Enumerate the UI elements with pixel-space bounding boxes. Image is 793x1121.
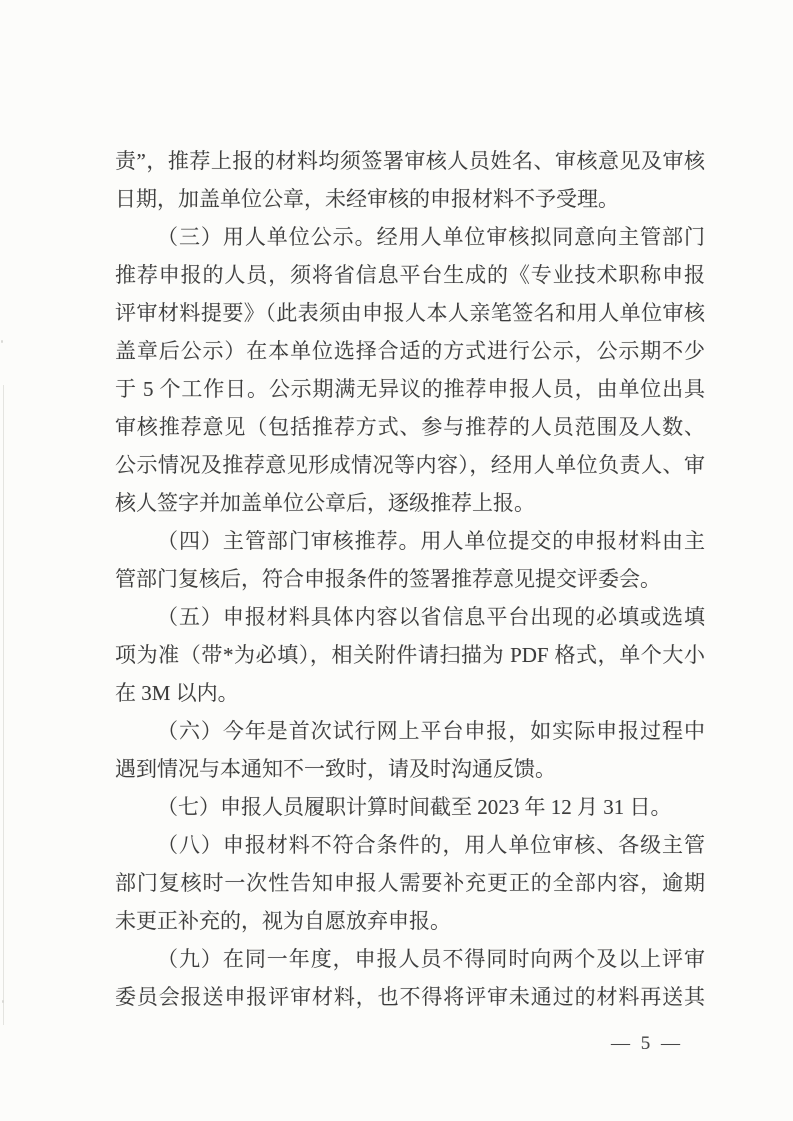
text-line: （四）主管部门审核推荐。用人单位提交的申报材料由主: [115, 522, 705, 560]
text-line: 在 3M 以内。: [115, 674, 705, 712]
text-line: 推荐申报的人员，须将省信息平台生成的《专业技术职称申报: [115, 256, 705, 294]
text-line: 委员会报送申报评审材料，也不得将评审未通过的材料再送其: [115, 978, 705, 1016]
scan-artifact-speck: [2, 1000, 4, 1003]
text-line: 于 5 个工作日。公示期满无异议的推荐申报人员，由单位出具: [115, 370, 705, 408]
text-line: （六）今年是首次试行网上平台申报，如实际申报过程中: [115, 712, 705, 750]
scan-artifact-speck: [1, 340, 3, 343]
text-line: 部门复核时一次性告知申报人需要补充更正的全部内容，逾期: [115, 864, 705, 902]
text-line: 责”，推荐上报的材料均须签署审核人员姓名、审核意见及审核: [115, 142, 705, 180]
text-line: （三）用人单位公示。经用人单位审核拟同意向主管部门: [115, 218, 705, 256]
text-line: 管部门复核后，符合申报条件的签署推荐意见提交评委会。: [115, 560, 705, 598]
document-body-text: 责”，推荐上报的材料均须签署审核人员姓名、审核意见及审核日期，加盖单位公章，未经…: [115, 142, 705, 1016]
text-line: 项为准（带*为必填），相关附件请扫描为 PDF 格式，单个大小: [115, 636, 705, 674]
text-line: 公示情况及推荐意见形成情况等内容），经用人单位负责人、审: [115, 446, 705, 484]
text-line: 审核推荐意见（包括推荐方式、参与推荐的人员范围及人数、: [115, 408, 705, 446]
text-line: （八）申报材料不符合条件的，用人单位审核、各级主管: [115, 826, 705, 864]
scan-artifact-line: [3, 385, 4, 1025]
page-number: — 5 —: [592, 1030, 702, 1058]
text-line: （五）申报材料具体内容以省信息平台出现的必填或选填: [115, 598, 705, 636]
text-line: 评审材料提要》（此表须由申报人本人亲笔签名和用人单位审核: [115, 294, 705, 332]
scanned-document-page: 责”，推荐上报的材料均须签署审核人员姓名、审核意见及审核日期，加盖单位公章，未经…: [0, 0, 793, 1121]
text-line: 核人签字并加盖单位公章后，逐级推荐上报。: [115, 484, 705, 522]
text-line: 未更正补充的，视为自愿放弃申报。: [115, 902, 705, 940]
text-line: （七）申报人员履职计算时间截至 2023 年 12 月 31 日。: [115, 788, 705, 826]
text-line: 遇到情况与本通知不一致时，请及时沟通反馈。: [115, 750, 705, 788]
text-line: 盖章后公示）在本单位选择合适的方式进行公示，公示期不少: [115, 332, 705, 370]
text-line: （九）在同一年度，申报人员不得同时向两个及以上评审: [115, 940, 705, 978]
text-line: 日期，加盖单位公章，未经审核的申报材料不予受理。: [115, 180, 705, 218]
